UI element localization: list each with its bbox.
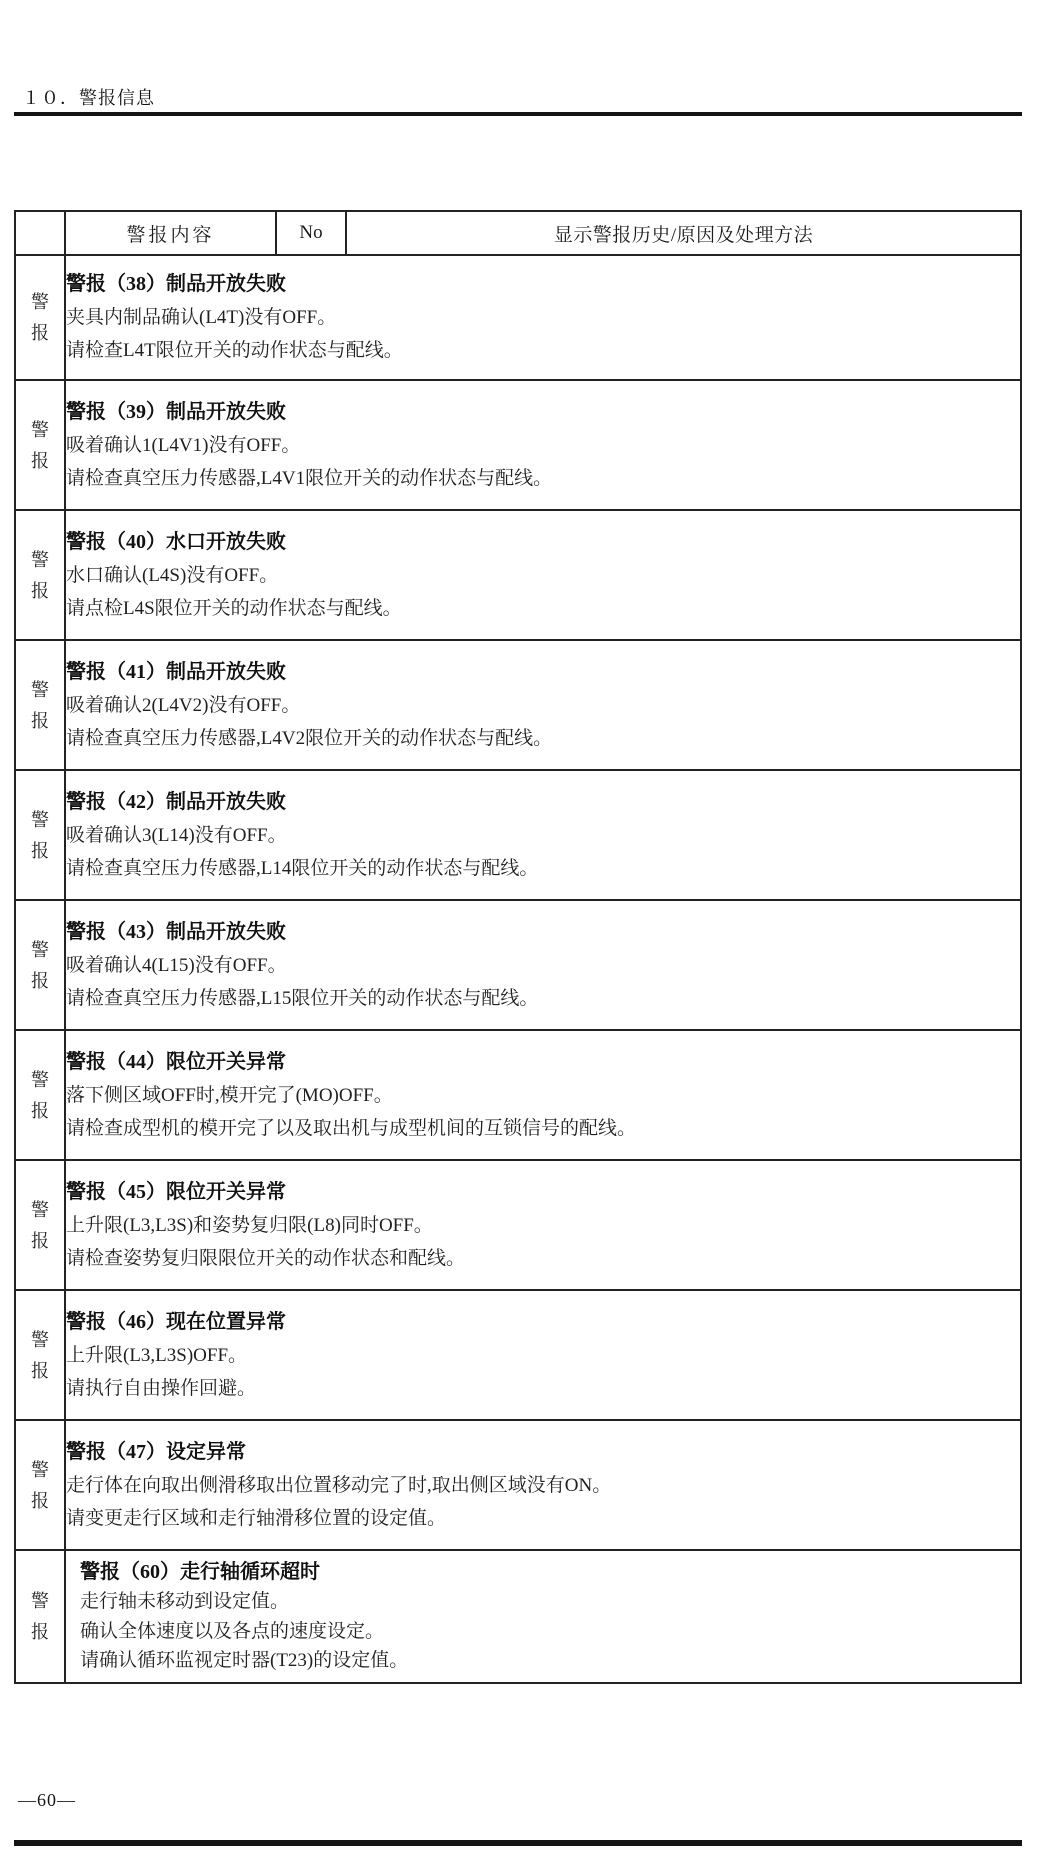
section-title: １０．警报信息 — [22, 84, 155, 110]
alarm-row: 警报 警报（41）制品开放失败 吸着确认2(L4V2)没有OFF。请检查真空压力… — [15, 640, 1021, 770]
alarm-row-label-char: 警 — [16, 811, 64, 829]
alarm-row-label: 警报 — [15, 510, 65, 640]
alarm-row-label-char: 报 — [16, 712, 64, 730]
alarm-title: 警报（40）水口开放失败 — [66, 526, 1020, 559]
alarm-row-label: 警报 — [15, 770, 65, 900]
header-no: No — [276, 211, 346, 255]
alarm-line: 请确认循环监视定时器(T23)的设定值。 — [80, 1646, 1012, 1676]
alarm-line: 走行体在向取出侧滑移取出位置移动完了时,取出侧区域没有ON。 — [66, 1469, 1020, 1502]
alarm-row-label-char: 报 — [16, 1492, 64, 1510]
alarm-row-content: 警报（46）现在位置异常 上升限(L3,L3S)OFF。请执行自由操作回避。 — [65, 1290, 1021, 1420]
header-blank-cell — [15, 211, 65, 255]
alarm-line: 吸着确认3(L14)没有OFF。 — [66, 819, 1020, 852]
alarm-line: 请检查成型机的模开完了以及取出机与成型机间的互锁信号的配线。 — [66, 1112, 1020, 1145]
alarm-row-label-char: 警 — [16, 681, 64, 699]
alarm-line: 上升限(L3,L3S)和姿势复归限(L8)同时OFF。 — [66, 1209, 1020, 1242]
alarm-row-label-char: 报 — [16, 1362, 64, 1380]
alarm-row-label-char: 警 — [16, 421, 64, 439]
alarm-title: 警报（45）限位开关异常 — [66, 1176, 1020, 1209]
alarm-row: 警报 警报（39）制品开放失败 吸着确认1(L4V1)没有OFF。请检查真空压力… — [15, 380, 1021, 510]
alarm-line: 夹具内制品确认(L4T)没有OFF。 — [66, 301, 1020, 334]
alarm-row-content: 警报（47）设定异常 走行体在向取出侧滑移取出位置移动完了时,取出侧区域没有ON… — [65, 1420, 1021, 1550]
alarm-row-label-char: 报 — [16, 324, 64, 342]
alarm-row-content: 警报（38）制品开放失败 夹具内制品确认(L4T)没有OFF。请检查L4T限位开… — [65, 255, 1021, 380]
alarm-line: 确认全体速度以及各点的速度设定。 — [80, 1617, 1012, 1647]
alarm-row-content: 警报（41）制品开放失败 吸着确认2(L4V2)没有OFF。请检查真空压力传感器… — [65, 640, 1021, 770]
alarm-line: 吸着确认4(L15)没有OFF。 — [66, 949, 1020, 982]
alarm-row: 警报 警报（44）限位开关异常 落下侧区域OFF时,模开完了(MO)OFF。请检… — [15, 1030, 1021, 1160]
alarm-row-label-char: 警 — [16, 1331, 64, 1349]
alarm-row-label: 警报 — [15, 1290, 65, 1420]
section-header: １０．警报信息 — [22, 84, 155, 110]
alarm-row-label-char: 警 — [16, 941, 64, 959]
alarm-row: 警报 警报（40）水口开放失败 水口确认(L4S)没有OFF。请点检L4S限位开… — [15, 510, 1021, 640]
alarm-row-label: 警报 — [15, 900, 65, 1030]
alarm-row: 警报 警报（47）设定异常 走行体在向取出侧滑移取出位置移动完了时,取出侧区域没… — [15, 1420, 1021, 1550]
alarm-row-label-char: 报 — [16, 842, 64, 860]
section-divider — [14, 112, 1022, 116]
alarm-title: 警报（42）制品开放失败 — [66, 786, 1020, 819]
alarm-line: 吸着确认2(L4V2)没有OFF。 — [66, 689, 1020, 722]
alarm-row: 警报 警报（38）制品开放失败 夹具内制品确认(L4T)没有OFF。请检查L4T… — [15, 255, 1021, 380]
alarm-line: 请变更走行区域和走行轴滑移位置的设定值。 — [66, 1502, 1020, 1535]
alarm-row-label: 警报 — [15, 1160, 65, 1290]
alarm-row-label: 警报 — [15, 1550, 65, 1683]
alarm-row-label-char: 警 — [16, 1592, 64, 1610]
alarm-row-label-char: 报 — [16, 582, 64, 600]
alarm-line: 请检查真空压力传感器,L15限位开关的动作状态与配线。 — [66, 982, 1020, 1015]
table-header-row: 警报内容 No 显示警报历史/原因及处理方法 — [15, 211, 1021, 255]
alarm-row: 警报 警报（42）制品开放失败 吸着确认3(L14)没有OFF。请检查真空压力传… — [15, 770, 1021, 900]
alarm-row-label-char: 报 — [16, 972, 64, 990]
alarm-line: 吸着确认1(L4V1)没有OFF。 — [66, 429, 1020, 462]
alarm-line: 请检查真空压力传感器,L4V2限位开关的动作状态与配线。 — [66, 722, 1020, 755]
alarm-title: 警报（38）制品开放失败 — [66, 268, 1020, 301]
alarm-line: 请点检L4S限位开关的动作状态与配线。 — [66, 592, 1020, 625]
alarm-title: 警报（39）制品开放失败 — [66, 396, 1020, 429]
alarm-line: 落下侧区域OFF时,模开完了(MO)OFF。 — [66, 1079, 1020, 1112]
alarm-row-label-char: 警 — [16, 551, 64, 569]
alarm-line: 请检查L4T限位开关的动作状态与配线。 — [66, 334, 1020, 367]
header-alarm-content: 警报内容 — [65, 211, 276, 255]
alarm-row-label-char: 报 — [16, 1623, 64, 1641]
alarm-line: 请检查真空压力传感器,L14限位开关的动作状态与配线。 — [66, 852, 1020, 885]
alarm-title: 警报（44）限位开关异常 — [66, 1046, 1020, 1079]
alarm-row-label-char: 警 — [16, 1201, 64, 1219]
alarm-line: 上升限(L3,L3S)OFF。 — [66, 1339, 1020, 1372]
alarm-row-content: 警报（44）限位开关异常 落下侧区域OFF时,模开完了(MO)OFF。请检查成型… — [65, 1030, 1021, 1160]
alarm-title: 警报（41）制品开放失败 — [66, 656, 1020, 689]
alarm-row: 警报 警报（45）限位开关异常 上升限(L3,L3S)和姿势复归限(L8)同时O… — [15, 1160, 1021, 1290]
alarm-row-content: 警报（45）限位开关异常 上升限(L3,L3S)和姿势复归限(L8)同时OFF。… — [65, 1160, 1021, 1290]
alarm-row-label-char: 警 — [16, 1071, 64, 1089]
alarm-row-label: 警报 — [15, 380, 65, 510]
alarm-line: 水口确认(L4S)没有OFF。 — [66, 559, 1020, 592]
alarm-title: 警报（43）制品开放失败 — [66, 916, 1020, 949]
header-history-cause: 显示警报历史/原因及处理方法 — [346, 211, 1021, 255]
alarm-line: 走行轴未移动到设定值。 — [80, 1587, 1012, 1617]
alarm-row-label-char: 报 — [16, 1102, 64, 1120]
alarm-table: 警报内容 No 显示警报历史/原因及处理方法 警报 警报（38）制品开放失败 夹… — [14, 210, 1022, 1684]
alarm-row-label: 警报 — [15, 1420, 65, 1550]
alarm-row-label-char: 报 — [16, 452, 64, 470]
alarm-row-label-char: 报 — [16, 1232, 64, 1250]
footer-divider — [14, 1840, 1022, 1846]
alarm-title: 警报（60）走行轴循环超时 — [80, 1557, 1012, 1587]
alarm-row: 警报 警报（46）现在位置异常 上升限(L3,L3S)OFF。请执行自由操作回避… — [15, 1290, 1021, 1420]
alarm-row-content: 警报（42）制品开放失败 吸着确认3(L14)没有OFF。请检查真空压力传感器,… — [65, 770, 1021, 900]
alarm-row-content: 警报（39）制品开放失败 吸着确认1(L4V1)没有OFF。请检查真空压力传感器… — [65, 380, 1021, 510]
alarm-row-label: 警报 — [15, 1030, 65, 1160]
alarm-title: 警报（47）设定异常 — [66, 1436, 1020, 1469]
alarm-line: 请执行自由操作回避。 — [66, 1372, 1020, 1405]
alarm-row-content: 警报（40）水口开放失败 水口确认(L4S)没有OFF。请点检L4S限位开关的动… — [65, 510, 1021, 640]
alarm-row-label: 警报 — [15, 255, 65, 380]
alarm-row: 警报 警报（43）制品开放失败 吸着确认4(L15)没有OFF。请检查真空压力传… — [15, 900, 1021, 1030]
alarm-row-label-char: 警 — [16, 293, 64, 311]
alarm-title: 警报（46）现在位置异常 — [66, 1306, 1020, 1339]
alarm-row-content: 警报（60）走行轴循环超时 走行轴未移动到设定值。确认全体速度以及各点的速度设定… — [65, 1550, 1021, 1683]
alarm-line: 请检查真空压力传感器,L4V1限位开关的动作状态与配线。 — [66, 462, 1020, 495]
alarm-row: 警报 警报（60）走行轴循环超时 走行轴未移动到设定值。确认全体速度以及各点的速… — [15, 1550, 1021, 1683]
alarm-row-content: 警报（43）制品开放失败 吸着确认4(L15)没有OFF。请检查真空压力传感器,… — [65, 900, 1021, 1030]
alarm-line: 请检查姿势复归限限位开关的动作状态和配线。 — [66, 1242, 1020, 1275]
alarm-row-label-char: 警 — [16, 1461, 64, 1479]
alarm-row-label: 警报 — [15, 640, 65, 770]
page-number: —60— — [18, 1790, 76, 1811]
